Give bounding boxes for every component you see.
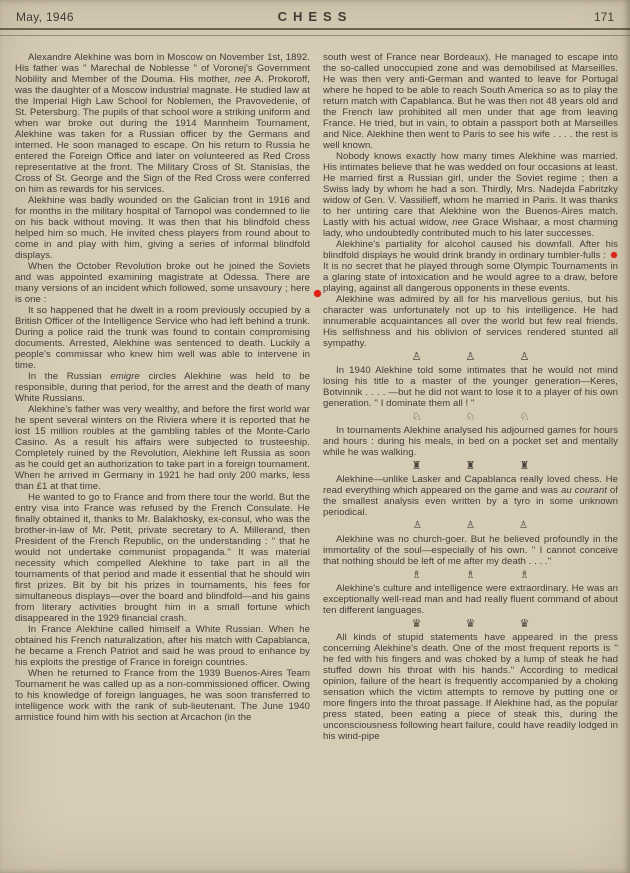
white-bishop-icon: ♗: [466, 570, 476, 581]
chess-separator-row: ♙♙♙: [323, 350, 618, 364]
left-column: Alexandre Alekhine was born in Moscow on…: [15, 52, 310, 742]
black-queen-crown-icon: ♛: [412, 619, 422, 630]
masthead: May, 1946 CHESS 171: [16, 8, 614, 26]
white-pawn-icon: ♙: [412, 352, 422, 363]
red-dot-annotation: [314, 290, 321, 297]
paragraph: Alekhine was no church-goer. But he beli…: [323, 534, 618, 567]
paragraph: Alekhine's culture and intelligence were…: [323, 583, 618, 616]
paragraph: Alekhine was badly wounded on the Galici…: [15, 195, 310, 261]
header-rule-top: [0, 28, 630, 30]
paragraph: Alekhine—unlike Lasker and Capablanca re…: [323, 474, 618, 518]
paragraph: Alexandre Alekhine was born in Moscow on…: [15, 52, 310, 195]
right-column: south west of France near Bordeaux). He …: [323, 52, 618, 742]
header-rule-bottom: [0, 35, 630, 36]
black-rook-icon: ♜: [412, 461, 422, 472]
paragraph: In tournaments Alekhine analysed his adj…: [323, 425, 618, 458]
paragraph: It so happened that he dwelt in a room p…: [15, 305, 310, 371]
chess-separator-row: ♘♘♘: [323, 410, 618, 424]
paragraph: All kinds of stupid statements have appe…: [323, 632, 618, 742]
magazine-page: May, 1946 CHESS 171 Alexandre Alekhine w…: [0, 0, 630, 873]
black-queen-crown-icon: ♛: [519, 619, 529, 630]
paragraph: When the October Revolution broke out he…: [15, 261, 310, 305]
paragraph: In France Alekhine called himself a Whit…: [15, 624, 310, 668]
paragraph: Alekhine was admired by all for his marv…: [323, 294, 618, 349]
paragraph: Alekhine's father was very wealthy, and …: [15, 404, 310, 492]
white-pawn-icon: ♙: [466, 352, 476, 363]
black-rook-icon: ♜: [466, 461, 476, 472]
white-pawn-icon: ♙: [519, 352, 529, 363]
chess-separator-row: ♙♙♙: [323, 519, 618, 533]
white-bishop-icon: ♗: [412, 570, 422, 581]
white-pawn-icon: ♙: [413, 521, 422, 531]
chess-separator-row: ♛♛♛: [323, 617, 618, 631]
article-body: Alexandre Alekhine was born in Moscow on…: [15, 52, 617, 742]
white-knight-icon: ♘: [412, 412, 422, 423]
white-knight-icon: ♘: [519, 412, 529, 423]
paragraph: Alekhine's partiality for alcohol caused…: [323, 239, 618, 294]
white-bishop-icon: ♗: [519, 570, 529, 581]
paragraph: He wanted to go to France and from there…: [15, 492, 310, 624]
black-rook-icon: ♜: [519, 461, 529, 472]
magazine-title: CHESS: [16, 9, 614, 24]
white-pawn-icon: ♙: [466, 521, 475, 531]
white-knight-icon: ♘: [466, 412, 476, 423]
red-dot-annotation: [611, 252, 617, 258]
black-queen-crown-icon: ♛: [466, 619, 476, 630]
chess-separator-row: ♗♗♗: [323, 568, 618, 582]
paragraph: In 1940 Alekhine told some intimates tha…: [323, 365, 618, 409]
white-pawn-icon: ♙: [519, 521, 528, 531]
chess-separator-row: ♜♜♜: [323, 459, 618, 473]
page-number: 171: [594, 10, 614, 24]
paragraph: Nobody knows exactly how many times Alek…: [323, 151, 618, 239]
paragraph: south west of France near Bordeaux). He …: [323, 52, 618, 151]
paragraph: In the Russian emigre circles Alekhine w…: [15, 371, 310, 404]
paragraph: When he returned to France from the 1939…: [15, 668, 310, 723]
